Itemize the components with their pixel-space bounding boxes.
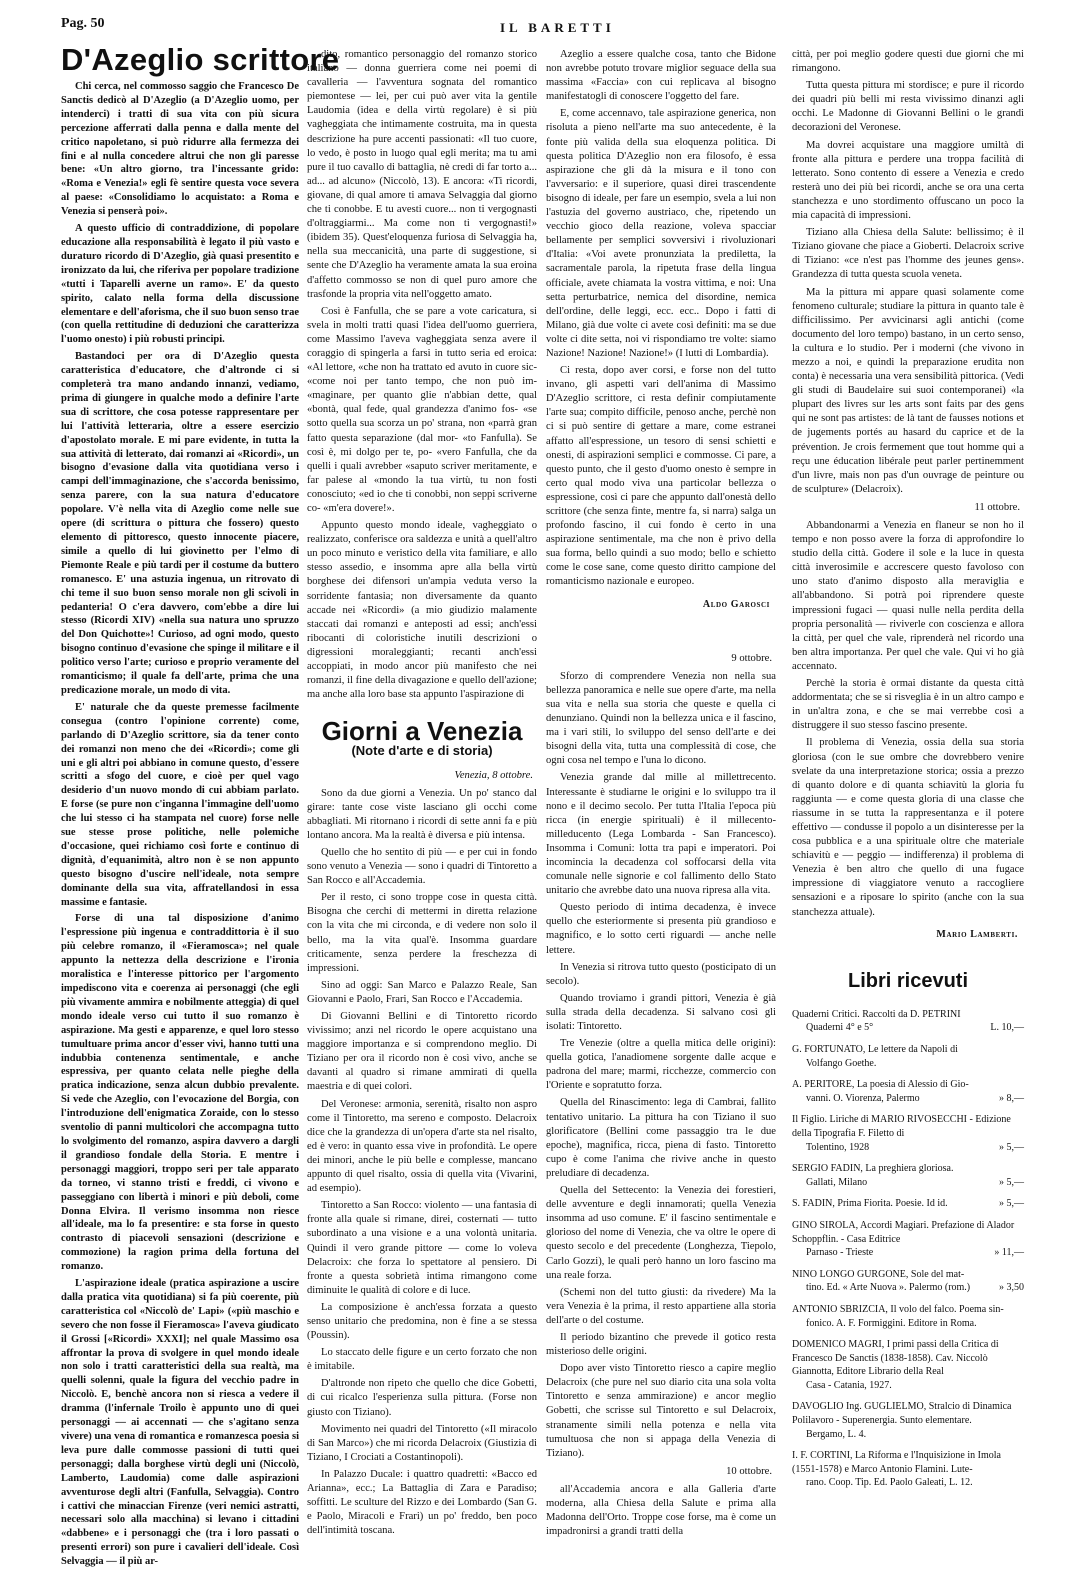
article-subtitle: (Note d'arte e di storia)	[307, 744, 537, 758]
column-2: dito, romantico personaggio del romanzo …	[307, 48, 537, 1541]
book-price	[1018, 1057, 1024, 1071]
paragraph: Chi cerca, nel commosso saggio che Franc…	[61, 80, 299, 219]
paragraph: Azeglio a essere qualche cosa, tanto che…	[546, 48, 776, 104]
masthead: IL BARETTI	[500, 20, 615, 36]
paragraph: Del Veronese: armonia, serenità, risalto…	[307, 1098, 537, 1197]
paragraph: Per il resto, ci sono troppe cose in que…	[307, 891, 537, 976]
paragraph: Quella del Settecento: la Venezia dei fo…	[546, 1184, 776, 1283]
paragraph: Di Giovanni Bellini e di Tintoretto rico…	[307, 1010, 537, 1095]
paragraph: Sino ad oggi: San Marco e Palazzo Reale,…	[307, 979, 537, 1007]
paragraph: E, come accennavo, tale aspirazione gene…	[546, 107, 776, 361]
dateline: Venezia, 8 ottobre.	[307, 769, 533, 783]
signature-lamberti: Mario Lamberti.	[792, 928, 1018, 942]
book-price: L. 10,—	[984, 1021, 1024, 1035]
book-entry: Quaderni Critici. Raccolti da D. PETRINI…	[792, 1008, 1024, 1035]
paragraph: L'aspirazione ideale (pratica aspirazion…	[61, 1277, 299, 1569]
paragraph: Questo periodo di intima decadenza, è in…	[546, 901, 776, 957]
book-line2: Casa - Catania, 1927.	[806, 1379, 1024, 1393]
paragraph: Abbandonarmi a Venezia en flaneur se non…	[792, 519, 1024, 674]
paragraph: Appunto questo mondo ideale, vagheggiato…	[307, 519, 537, 702]
page-header: Pag. 50 IL BARETTI	[0, 8, 1082, 38]
book-line2: fonico. A. F. Formiggini. Editore in Rom…	[806, 1317, 1024, 1331]
book-entry: G. FORTUNATO, Le lettere da Napoli di Vo…	[792, 1043, 1024, 1070]
paragraph: E' naturale che da queste premesse facil…	[61, 701, 299, 910]
book-line1: S. FADIN, Prima Fiorita. Poesie. Id id.	[792, 1197, 993, 1211]
book-entry: S. FADIN, Prima Fiorita. Poesie. Id id.»…	[792, 1197, 1024, 1211]
book-line1: G. FORTUNATO, Le lettere da Napoli di	[792, 1043, 1024, 1057]
paragraph: Bastandoci per ora di D'Azeglio questa c…	[61, 350, 299, 698]
book-entry: SERGIO FADIN, La preghiera gloriosa. Gal…	[792, 1162, 1024, 1189]
book-line1: A. PERITORE, La poesia di Alessio di Gio…	[792, 1078, 1024, 1092]
paragraph: Sforzo di comprendere Venezia non nella …	[546, 670, 776, 769]
paragraph: A questo ufficio di contraddizione, di p…	[61, 222, 299, 347]
paragraph: (Schemi non del tutto giusti: da riveder…	[546, 1286, 776, 1328]
book-line1: DAVOGLIO Ing. GUGLIELMO, Stralcio di Din…	[792, 1400, 1024, 1427]
paragraph: Tre Venezie (oltre a quella mitica delle…	[546, 1037, 776, 1093]
paragraph: Perchè la storia è ormai distante da que…	[792, 677, 1024, 733]
book-line2: vanni. O. Viorenza, Palermo	[806, 1092, 993, 1106]
book-line1: DOMENICO MAGRI, I primi passi della Crit…	[792, 1338, 1024, 1379]
book-line2: Quaderni 4° e 5°	[806, 1021, 984, 1035]
paragraph: Così è Fanfulla, che se pare a vote cari…	[307, 305, 537, 516]
paragraph: Ci resta, dopo aver corsi, e forse non d…	[546, 364, 776, 590]
article-title-dazeglio: D'Azeglio scrittore	[61, 42, 339, 78]
page-number: Pag. 50	[61, 16, 105, 32]
book-line1: Il Figlio. Liriche di MARIO RIVOSECCHI -…	[792, 1113, 1024, 1140]
section-title-libri: Libri ricevuti	[792, 974, 1024, 988]
book-entry: I. F. CORTINI, La Riforma e l'Inquisizio…	[792, 1449, 1024, 1490]
paragraph: In Palazzo Ducale: i quattro quadretti: …	[307, 1468, 537, 1538]
book-entry: DOMENICO MAGRI, I primi passi della Crit…	[792, 1338, 1024, 1392]
paragraph: In Venezia si ritrova tutto questo (post…	[546, 961, 776, 989]
book-entry: A. PERITORE, La poesia di Alessio di Gio…	[792, 1078, 1024, 1105]
paragraph: Quando troviamo i grandi pittori, Venezi…	[546, 992, 776, 1034]
book-line1: ANTONIO SBRIZCIA, Il volo del falco. Poe…	[792, 1303, 1024, 1317]
book-line2: Gallati, Milano	[806, 1176, 993, 1190]
paragraph: Ma dovrei acquistare una maggiore umiltà…	[792, 139, 1024, 224]
dateline: 11 ottobre.	[792, 501, 1020, 515]
column-4: città, per poi meglio godere questi due …	[792, 48, 1024, 1498]
book-price: » 5,—	[993, 1141, 1024, 1155]
book-price: » 11,—	[988, 1246, 1024, 1260]
paragraph: Il periodo bizantino che prevede il goti…	[546, 1331, 776, 1359]
book-line1: I. F. CORTINI, La Riforma e l'Inquisizio…	[792, 1449, 1024, 1476]
book-entry: NINO LONGO GURGONE, Sole del mat- tino. …	[792, 1268, 1024, 1295]
column-3: Azeglio a essere qualche cosa, tanto che…	[546, 48, 776, 1542]
dateline: 10 ottobre.	[546, 1465, 772, 1479]
paragraph: Tintoretto a San Rocco: violento — una f…	[307, 1199, 537, 1298]
paragraph: Dopo aver visto Tintoretto riesco a capi…	[546, 1362, 776, 1461]
paragraph: Venezia grande dal mille al millettrecen…	[546, 771, 776, 898]
paragraph: Sono da due giorni a Venezia. Un po' sta…	[307, 787, 537, 843]
book-entry: Il Figlio. Liriche di MARIO RIVOSECCHI -…	[792, 1113, 1024, 1154]
book-price: » 5,—	[993, 1197, 1024, 1211]
book-price: » 3,50	[993, 1281, 1024, 1295]
paragraph: all'Accademia ancora e alla Galleria d'a…	[546, 1483, 776, 1539]
book-entry: DAVOGLIO Ing. GUGLIELMO, Stralcio di Din…	[792, 1400, 1024, 1441]
book-line1: Quaderni Critici. Raccolti da D. PETRINI	[792, 1008, 1024, 1022]
column-1: Chi cerca, nel commosso saggio che Franc…	[61, 80, 299, 1572]
paragraph: Tutta questa pittura mi stordisce; e pur…	[792, 79, 1024, 135]
book-line1: GINO SIROLA, Accordi Magiari. Prefazione…	[792, 1219, 1024, 1246]
book-entry: GINO SIROLA, Accordi Magiari. Prefazione…	[792, 1219, 1024, 1260]
book-line2: Volfango Goethe.	[806, 1057, 1018, 1071]
book-line2: Tolentino, 1928	[806, 1141, 993, 1155]
paragraph: Lo staccato delle figure e un certo forz…	[307, 1346, 537, 1374]
paragraph: Tiziano alla Chiesa della Salute: bellis…	[792, 226, 1024, 282]
book-price: » 8,—	[993, 1092, 1024, 1106]
book-line2: Bergamo, L. 4.	[806, 1428, 1024, 1442]
book-price: » 5,—	[993, 1176, 1024, 1190]
paragraph: La composizione è anch'essa forzata a qu…	[307, 1301, 537, 1343]
paragraph: Ma la pittura mi appare quasi solamente …	[792, 286, 1024, 497]
paragraph: Quella del Rinascimento: lega di Cambrai…	[546, 1096, 776, 1181]
book-line2: tino. Ed. « Arte Nuova ». Palermo (rom.)	[806, 1281, 993, 1295]
paragraph: D'altronde non ripeto che quello che dic…	[307, 1377, 537, 1419]
book-line2: Parnaso - Trieste	[806, 1246, 988, 1260]
paragraph: Il problema di Venezia, ossia della sua …	[792, 736, 1024, 919]
paragraph: Movimento nei quadri del Tintoretto («Il…	[307, 1423, 537, 1465]
book-line2: rano. Coop. Tip. Ed. Paolo Galeati, L. 1…	[806, 1476, 1024, 1490]
paragraph: Forse di una tal disposizione d'animo l'…	[61, 912, 299, 1274]
book-line1: SERGIO FADIN, La preghiera gloriosa.	[792, 1162, 1024, 1176]
book-entry: ANTONIO SBRIZCIA, Il volo del falco. Poe…	[792, 1303, 1024, 1330]
article-title-venezia: Giorni a Venezia	[307, 724, 537, 738]
paragraph: città, per poi meglio godere questi due …	[792, 48, 1024, 76]
dateline: 9 ottobre.	[546, 652, 772, 666]
signature-garosci: Aldo Garosci	[546, 598, 770, 612]
paragraph: dito, romantico personaggio del romanzo …	[307, 48, 537, 302]
book-line1: NINO LONGO GURGONE, Sole del mat-	[792, 1268, 1024, 1282]
dateline-text: Venezia, 8 ottobre.	[455, 770, 533, 781]
paragraph: Quello che ho sentito di più — e per cui…	[307, 846, 537, 888]
